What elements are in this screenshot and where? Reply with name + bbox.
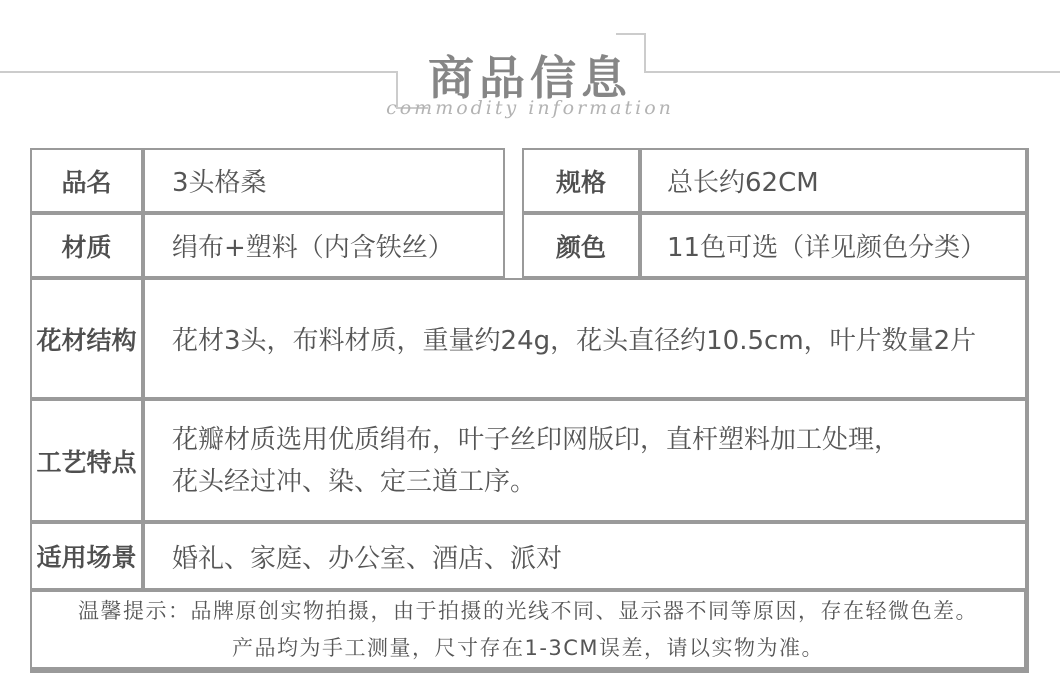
label-material: 材质 <box>30 213 143 278</box>
value-scenes: 婚礼、家庭、办公室、酒店、派对 <box>143 522 1029 590</box>
deco-line-right-stub <box>616 33 646 35</box>
label-structure: 花材结构 <box>30 278 143 399</box>
page-subtitle: commodity information <box>0 97 1060 119</box>
label-product-name: 品名 <box>30 148 143 213</box>
table-row-product-spec: 品名 3头格桑 规格 总长约62CM <box>30 148 1029 213</box>
column-gap <box>505 148 522 213</box>
table-row-structure: 花材结构 花材3头，布料材质，重量约24g，花头直径约10.5cm，叶片数量2片 <box>30 278 1029 399</box>
notice-box: 温馨提示：品牌原创实物拍摄，由于拍摄的光线不同、显示器不同等原因，存在轻微色差。… <box>30 590 1029 673</box>
value-color: 11色可选（详见颜色分类） <box>640 213 1029 278</box>
value-structure: 花材3头，布料材质，重量约24g，花头直径约10.5cm，叶片数量2片 <box>143 278 1029 399</box>
notice-line-2: 产品均为手工测量，尺寸存在1-3CM误差，请以实物为准。 <box>32 630 1024 667</box>
value-craft: 花瓣材质选用优质绢布，叶子丝印网版印，直杆塑料加工处理， 花头经过冲、染、定三道… <box>143 399 1029 522</box>
value-spec: 总长约62CM <box>640 148 1029 213</box>
value-product-name: 3头格桑 <box>143 148 505 213</box>
value-material: 绢布+塑料（内含铁丝） <box>143 213 505 278</box>
product-info-page: { "header": { "title": "商品信息", "subtitle… <box>0 0 1060 697</box>
notice-line-1: 温馨提示：品牌原创实物拍摄，由于拍摄的光线不同、显示器不同等原因，存在轻微色差。 <box>32 593 1024 630</box>
label-craft: 工艺特点 <box>30 399 143 522</box>
table-row-craft: 工艺特点 花瓣材质选用优质绢布，叶子丝印网版印，直杆塑料加工处理， 花头经过冲、… <box>30 399 1029 522</box>
craft-line-2: 花头经过冲、染、定三道工序。 <box>172 461 536 503</box>
table-row-scenes: 适用场景 婚礼、家庭、办公室、酒店、派对 <box>30 522 1029 590</box>
label-spec: 规格 <box>522 148 640 213</box>
table-row-material-color: 材质 绢布+塑料（内含铁丝） 颜色 11色可选（详见颜色分类） <box>30 213 1029 278</box>
label-scenes: 适用场景 <box>30 522 143 590</box>
column-gap <box>505 213 522 278</box>
craft-line-1: 花瓣材质选用优质绢布，叶子丝印网版印，直杆塑料加工处理， <box>172 419 900 461</box>
label-color: 颜色 <box>522 213 640 278</box>
